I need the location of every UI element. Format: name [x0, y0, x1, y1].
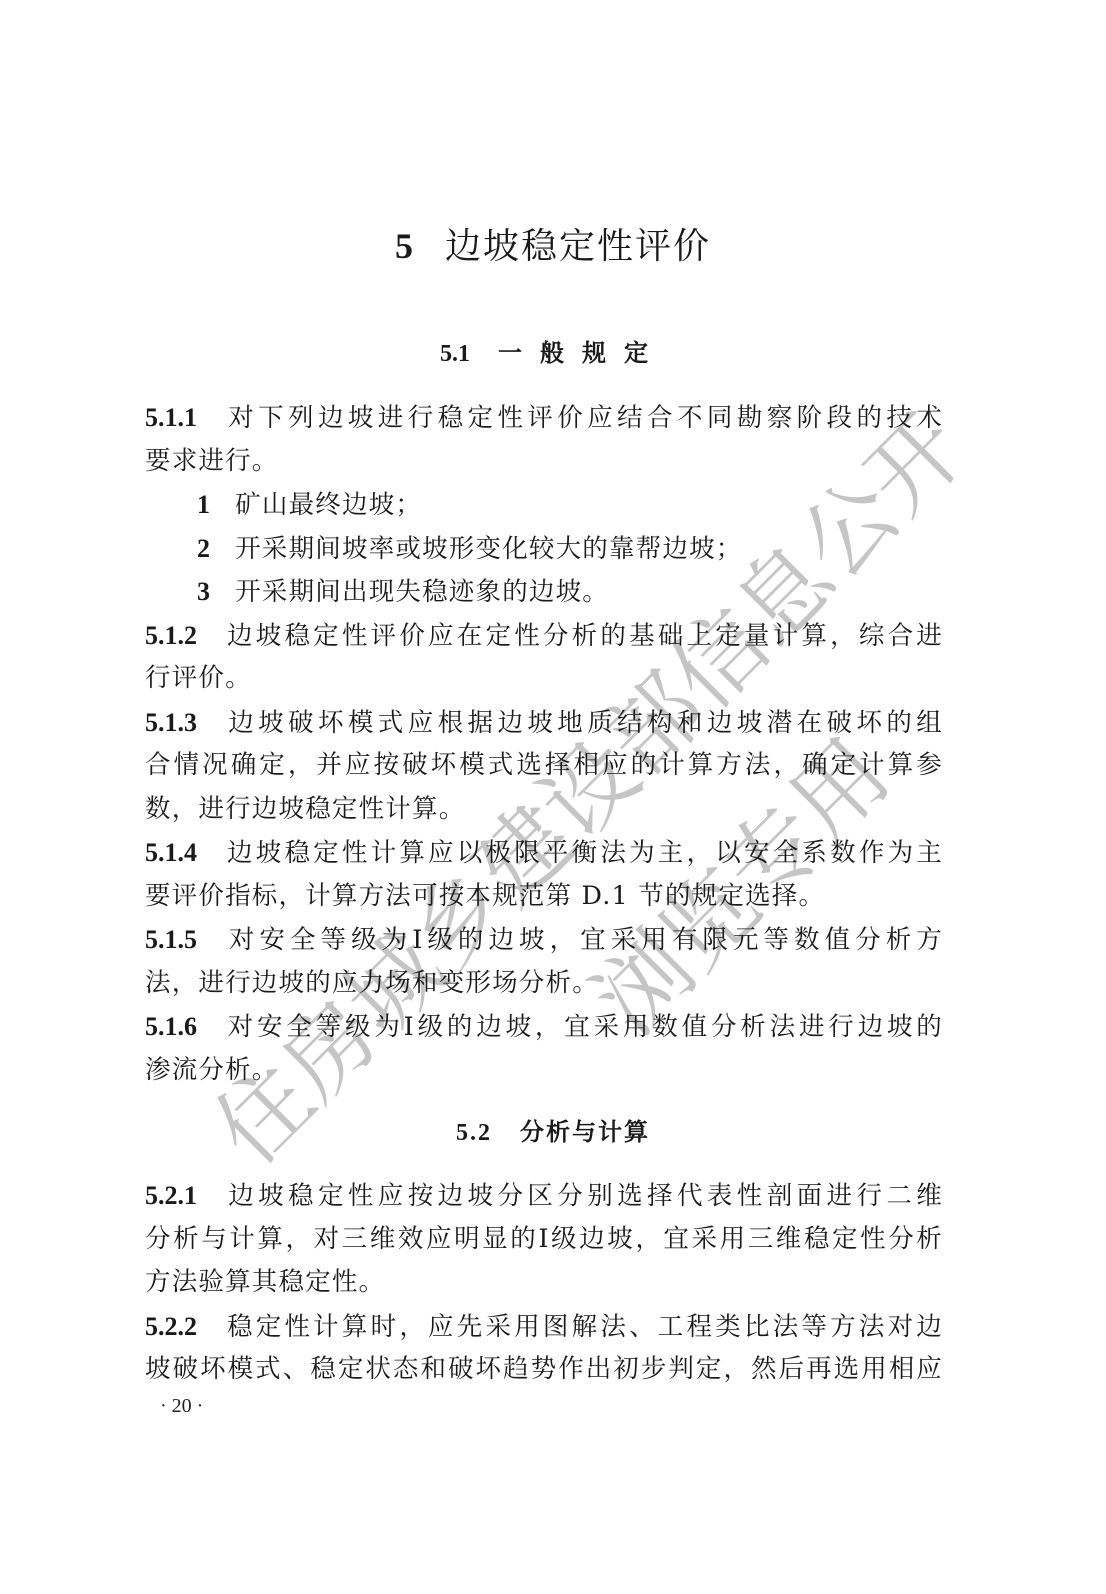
clause-text: 对下列边坡进行稳定性评价应结合不同勘察阶段的技术: [225, 403, 943, 433]
section-5-1-body: 5.1.1对下列边坡进行稳定性评价应结合不同勘察阶段的技术 要求进行。 1矿山最…: [145, 396, 943, 1092]
clause-number: 5.1.1: [145, 403, 197, 432]
clause-number: 5.1.4: [145, 838, 197, 867]
item-text: 矿山最终边坡；: [235, 490, 422, 520]
chapter-number: 5: [395, 226, 415, 266]
clause-text: 边坡破坏模式应根据边坡地质结构和边坡潜在破坏的组: [225, 708, 943, 738]
chapter-title: 5边坡稳定性评价: [0, 222, 1106, 271]
item-number: 1: [197, 490, 211, 519]
section-number: 5.1: [440, 341, 470, 367]
clause-5-1-6: 5.1.6对安全等级为Ⅰ级的边坡，宜采用数值分析法进行边坡的: [145, 1005, 943, 1049]
clause-line: 渗流分析。: [145, 1049, 943, 1093]
clause-text: 对安全等级为Ⅰ级的边坡，宜采用数值分析法进行边坡的: [225, 1012, 943, 1042]
list-item: 3开采期间出现失稳迹象的边坡。: [145, 570, 943, 614]
chapter-title-text: 边坡稳定性评价: [445, 226, 711, 267]
clause-number: 5.2.2: [145, 1312, 197, 1341]
item-text: 开采期间出现失稳迹象的边坡。: [235, 577, 609, 607]
section-heading-5-1: 5.1一般规定: [0, 337, 1106, 370]
clause-5-2-1: 5.2.1边坡稳定性应按边坡分区分别选择代表性剖面进行二维: [145, 1174, 943, 1218]
section-heading-5-2: 5.2分析与计算: [0, 1116, 1106, 1149]
clause-line: 法，进行边坡的应力场和变形场分析。: [145, 962, 943, 1006]
clause-5-2-2: 5.2.2稳定性计算时，应先采用图解法、工程类比法等方法对边: [145, 1305, 943, 1349]
clause-text: 边坡稳定性计算应以极限平衡法为主，以安全系数作为主: [225, 838, 943, 868]
item-number: 2: [197, 534, 211, 563]
clause-line: 坡破坏模式、稳定状态和破坏趋势作出初步判定，然后再选用相应: [145, 1348, 943, 1392]
clause-line: 要求进行。: [145, 440, 943, 484]
clause-text: 边坡稳定性评价应在定性分析的基础上定量计算，综合进: [225, 621, 943, 651]
clause-text: 稳定性计算时，应先采用图解法、工程类比法等方法对边: [225, 1312, 943, 1342]
section-title-text: 分析与计算: [520, 1118, 650, 1146]
clause-number: 5.1.5: [145, 925, 197, 954]
clause-number: 5.1.3: [145, 708, 197, 737]
clause-line: 要评价指标，计算方法可按本规范第 D.1 节的规定选择。: [145, 875, 943, 919]
section-number: 5.2: [456, 1120, 492, 1146]
clause-line: 方法验算其稳定性。: [145, 1261, 943, 1305]
page-number: · 20 ·: [160, 1392, 203, 1420]
list-item: 2开采期间坡率或坡形变化较大的靠帮边坡；: [145, 527, 943, 571]
item-number: 3: [197, 577, 211, 606]
item-text: 开采期间坡率或坡形变化较大的靠帮边坡；: [235, 534, 742, 564]
clause-line: 数，进行边坡稳定性计算。: [145, 788, 943, 832]
clause-line: 分析与计算，对三维效应明显的Ⅰ级边坡，宜采用三维稳定性分析: [145, 1218, 943, 1262]
clause-number: 5.1.6: [145, 1012, 197, 1041]
clause-5-1-3: 5.1.3边坡破坏模式应根据边坡地质结构和边坡潜在破坏的组: [145, 701, 943, 745]
clause-5-1-5: 5.1.5对安全等级为Ⅰ级的边坡，宜采用有限元等数值分析方: [145, 918, 943, 962]
clause-5-1-2: 5.1.2边坡稳定性评价应在定性分析的基础上定量计算，综合进: [145, 614, 943, 658]
section-title-text: 一般规定: [498, 339, 666, 367]
clause-text: 对安全等级为Ⅰ级的边坡，宜采用有限元等数值分析方: [225, 925, 943, 955]
clause-line: 合情况确定，并应按破坏模式选择相应的计算方法，确定计算参: [145, 744, 943, 788]
clause-number: 5.2.1: [145, 1181, 197, 1210]
clause-5-1-4: 5.1.4边坡稳定性计算应以极限平衡法为主，以安全系数作为主: [145, 831, 943, 875]
document-page: 住房城乡建设部信息公开 浏览专用 5边坡稳定性评价 5.1一般规定 5.1.1对…: [0, 0, 1106, 1594]
clause-number: 5.1.2: [145, 621, 197, 650]
list-item: 1矿山最终边坡；: [145, 483, 943, 527]
clause-line: 行评价。: [145, 657, 943, 701]
section-5-2-body: 5.2.1边坡稳定性应按边坡分区分别选择代表性剖面进行二维 分析与计算，对三维效…: [145, 1174, 943, 1392]
clause-text: 边坡稳定性应按边坡分区分别选择代表性剖面进行二维: [225, 1181, 943, 1211]
clause-5-1-1: 5.1.1对下列边坡进行稳定性评价应结合不同勘察阶段的技术: [145, 396, 943, 440]
